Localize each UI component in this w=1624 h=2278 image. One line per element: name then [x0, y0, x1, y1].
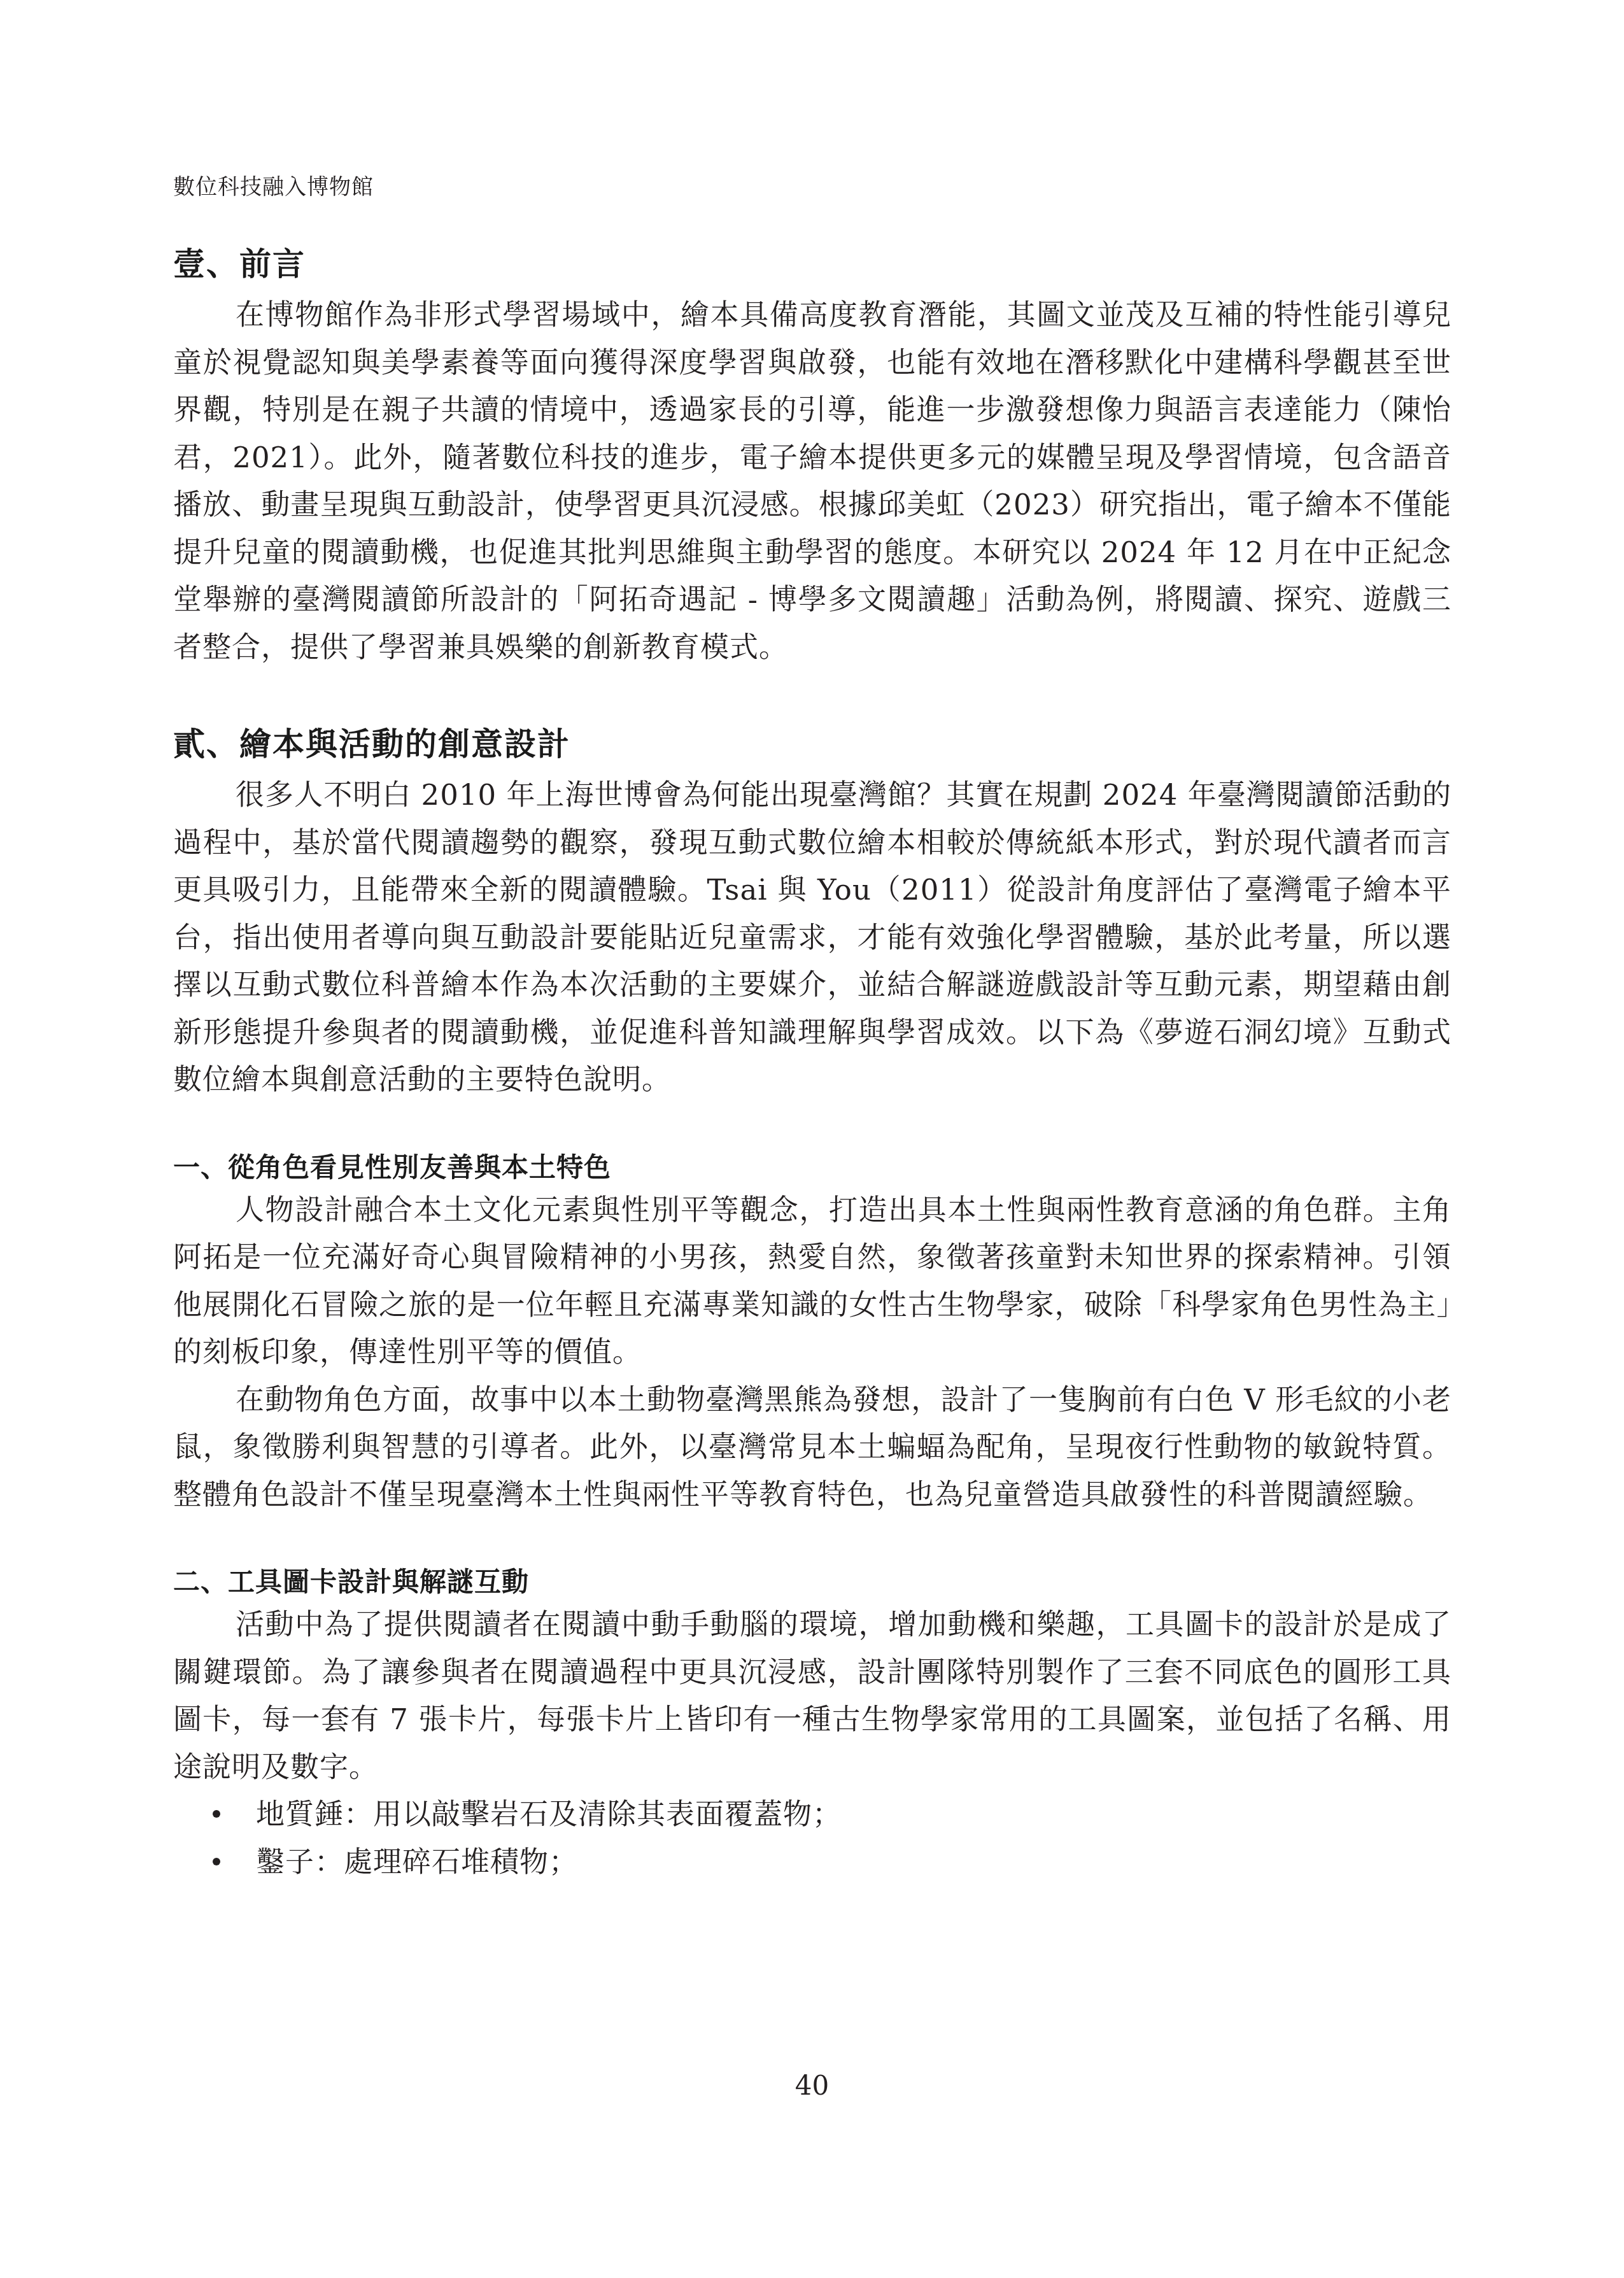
paragraph: 活動中為了提供閱讀者在閱讀中動手動腦的環境，增加動機和樂趣，工具圖卡的設計於是成… [173, 1601, 1451, 1791]
page-number: 40 [0, 2068, 1624, 2104]
paragraph: 在動物角色方面，故事中以本土動物臺灣黑熊為發想，設計了一隻胸前有白色 V 形毛紋… [173, 1376, 1451, 1519]
bullet-icon [213, 1858, 220, 1865]
section-heading: 貳、繪本與活動的創意設計 [173, 722, 1451, 767]
list-item-text: 地質錘：用以敲擊岩石及清除其表面覆蓋物； [256, 1797, 842, 1831]
tool-list: 地質錘：用以敲擊岩石及清除其表面覆蓋物； 鑿子：處理碎石堆積物； [173, 1791, 1451, 1886]
page-content: 壹、前言 在博物館作為非形式學習場域中，繪本具備高度教育潛能，其圖文並茂及互補的… [173, 242, 1451, 1886]
paragraph: 人物設計融合本土文化元素與性別平等觀念，打造出具本土性與兩性教育意涵的角色群。主… [173, 1187, 1451, 1376]
section-heading: 壹、前言 [173, 242, 1451, 287]
bullet-icon [213, 1810, 220, 1818]
section-creative-design: 貳、繪本與活動的創意設計 很多人不明白 2010 年上海世博會為何能出現臺灣館？… [173, 722, 1451, 1886]
list-item: 鑿子：處理碎石堆積物； [173, 1839, 1451, 1886]
paragraph: 很多人不明白 2010 年上海世博會為何能出現臺灣館？其實在規劃 2024 年臺… [173, 772, 1451, 1104]
subsection-heading: 二、工具圖卡設計與解謎互動 [173, 1563, 1451, 1601]
list-item: 地質錘：用以敲擊岩石及清除其表面覆蓋物； [173, 1791, 1451, 1839]
subsection-heading: 一、從角色看見性別友善與本土特色 [173, 1149, 1451, 1187]
running-header: 數位科技融入博物館 [173, 173, 374, 201]
document-page: 數位科技融入博物館 壹、前言 在博物館作為非形式學習場域中，繪本具備高度教育潛能… [0, 0, 1624, 2278]
paragraph: 在博物館作為非形式學習場域中，繪本具備高度教育潛能，其圖文並茂及互補的特性能引導… [173, 292, 1451, 671]
subsection-tool-cards: 二、工具圖卡設計與解謎互動 活動中為了提供閱讀者在閱讀中動手動腦的環境，增加動機… [173, 1563, 1451, 1886]
list-item-text: 鑿子：處理碎石堆積物； [256, 1845, 578, 1879]
subsection-characters: 一、從角色看見性別友善與本土特色 人物設計融合本土文化元素與性別平等觀念，打造出… [173, 1149, 1451, 1519]
section-introduction: 壹、前言 在博物館作為非形式學習場域中，繪本具備高度教育潛能，其圖文並茂及互補的… [173, 242, 1451, 671]
